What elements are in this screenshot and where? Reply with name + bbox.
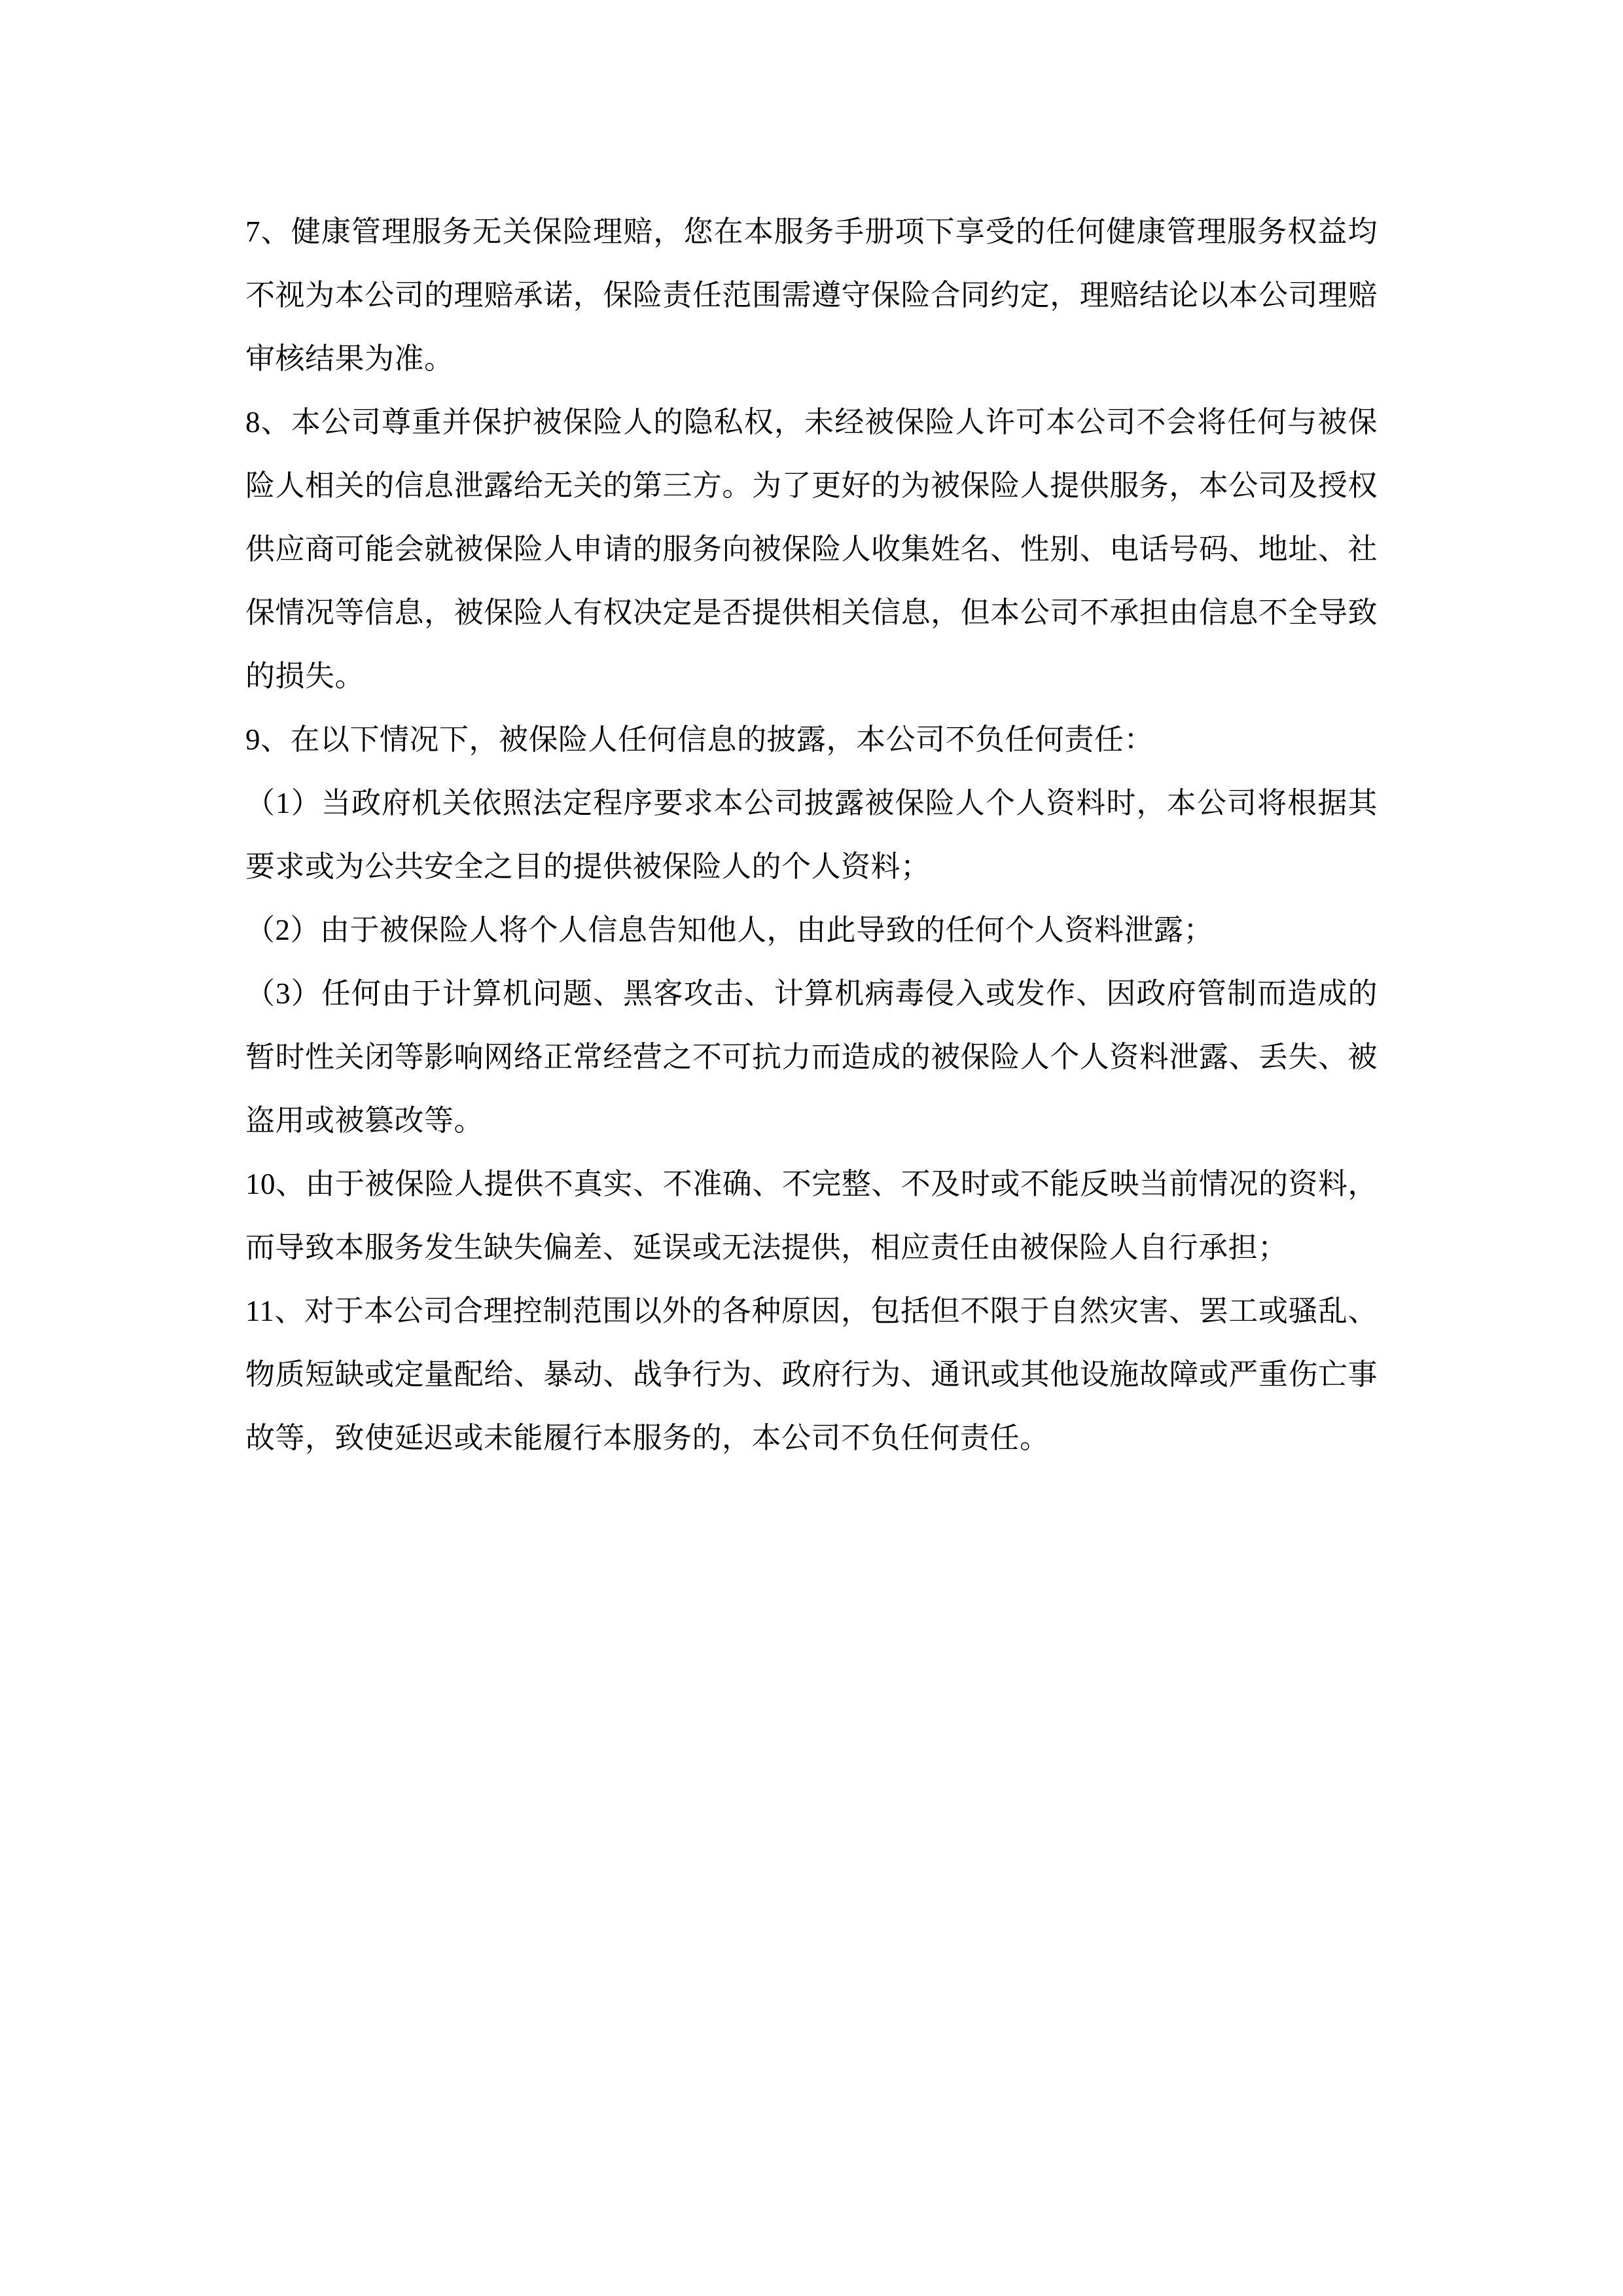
clause-9-subitem-1: （1）当政府机关依照法定程序要求本公司披露被保险人个人资料时，本公司将根据其要求… (245, 772, 1378, 899)
document-body: 7、健康管理服务无关保险理赔，您在本服务手册项下享受的任何健康管理服务权益均不视… (245, 200, 1378, 1470)
clause-9-subitem-2: （2）由于被保险人将个人信息告知他人，由此导致的任何个人资料泄露； (245, 899, 1378, 962)
clause-9-intro: 9、在以下情况下，被保险人任何信息的披露，本公司不负任何责任： (245, 708, 1378, 772)
document-page: 7、健康管理服务无关保险理赔，您在本服务手册项下享受的任何健康管理服务权益均不视… (0, 0, 1623, 2296)
clause-8: 8、本公司尊重并保护被保险人的隐私权，未经被保险人许可本公司不会将任何与被保险人… (245, 391, 1378, 708)
clause-10: 10、由于被保险人提供不真实、不准确、不完整、不及时或不能反映当前情况的资料，而… (245, 1153, 1378, 1280)
clause-11: 11、对于本公司合理控制范围以外的各种原因，包括但不限于自然灾害、罢工或骚乱、物… (245, 1280, 1378, 1470)
clause-7: 7、健康管理服务无关保险理赔，您在本服务手册项下享受的任何健康管理服务权益均不视… (245, 200, 1378, 391)
clause-9-subitem-3: （3）任何由于计算机问题、黑客攻击、计算机病毒侵入或发作、因政府管制而造成的暂时… (245, 962, 1378, 1153)
